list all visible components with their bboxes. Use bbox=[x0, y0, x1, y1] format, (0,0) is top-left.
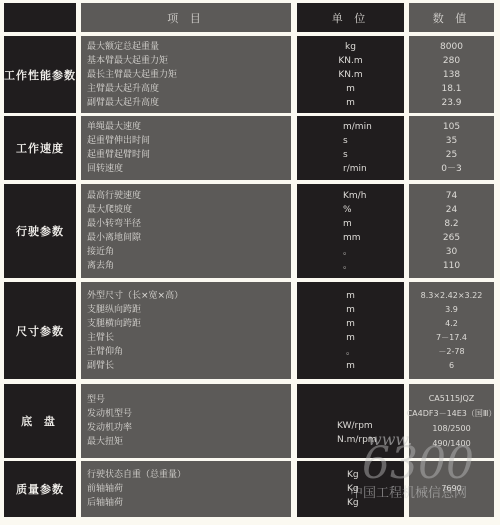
items-chassis: 型号 发动机型号 发动机功率 最大扭矩 bbox=[81, 384, 291, 458]
item-label: 最小离地间隙 bbox=[87, 231, 291, 245]
item-label: 发动机型号 bbox=[87, 407, 291, 421]
value-text: 280 bbox=[443, 54, 460, 68]
item-label: 起重臂起臂时间 bbox=[87, 148, 291, 162]
value-text: 490/1400 bbox=[432, 436, 470, 451]
item-label: 发动机功率 bbox=[87, 421, 291, 435]
value-text: 35 bbox=[446, 134, 457, 148]
item-label: 外型尺寸（长×宽×高） bbox=[87, 289, 291, 303]
values-chassis: CA5115JQZ CA4DF3－14E3（国Ⅲ） 108/2500 490/1… bbox=[409, 384, 494, 458]
items-mass: 行驶状态自重（总重量） 前轴轴荷 后轴轴荷 bbox=[81, 461, 291, 517]
value-text: 6 bbox=[449, 359, 454, 373]
category-performance: 工作性能参数 bbox=[4, 36, 76, 113]
item-label: 型号 bbox=[87, 393, 291, 407]
unit-label: m bbox=[346, 359, 355, 373]
value-text: CA5115JQZ bbox=[429, 391, 475, 406]
value-text: 138 bbox=[443, 68, 460, 82]
item-label: 后轴轴荷 bbox=[87, 496, 291, 510]
unit-label: m bbox=[346, 289, 355, 303]
value-text: 24 bbox=[446, 203, 457, 217]
value-text: －2-78 bbox=[438, 345, 464, 359]
unit-label: Kg bbox=[347, 468, 404, 482]
unit-label: m/min bbox=[343, 120, 404, 134]
unit-label: 。 bbox=[346, 345, 355, 359]
item-label: 回转速度 bbox=[87, 162, 291, 176]
value-text: CA4DF3－14E3（国Ⅲ） bbox=[407, 406, 497, 421]
units-mass: Kg Kg Kg bbox=[297, 461, 404, 517]
value-text: 4.2 bbox=[445, 317, 458, 331]
category-dimensions: 尺寸参数 bbox=[4, 282, 76, 379]
item-label: 最长主臂最大起重力矩 bbox=[87, 68, 291, 82]
header-item: 项 目 bbox=[81, 3, 291, 32]
value-text: 8000 bbox=[440, 40, 463, 54]
unit-label: m bbox=[346, 96, 355, 110]
value-text: 74 bbox=[446, 189, 457, 203]
item-label: 前轴轴荷 bbox=[87, 482, 291, 496]
unit-label: s bbox=[343, 148, 404, 162]
unit-label: Kg bbox=[347, 482, 404, 496]
item-label: 基本臂最大起重力矩 bbox=[87, 54, 291, 68]
value-text: 7－17.4 bbox=[436, 331, 467, 345]
category-chassis: 底 盘 bbox=[4, 384, 76, 458]
unit-label: 。 bbox=[343, 245, 404, 259]
unit-label: m bbox=[346, 82, 355, 96]
unit-label: KW/rpm bbox=[337, 419, 404, 433]
item-label: 最高行驶速度 bbox=[87, 189, 291, 203]
values-performance: 8000 280 138 18.1 23.9 bbox=[409, 36, 494, 113]
values-dimensions: 8.3×2.42×3.22 3.9 4.2 7－17.4 －2-78 6 bbox=[409, 282, 494, 379]
item-label: 主臂最大起升高度 bbox=[87, 82, 291, 96]
category-speed: 工作速度 bbox=[4, 116, 76, 180]
item-label: 主臂长 bbox=[87, 331, 291, 345]
unit-label: KN.m bbox=[338, 54, 362, 68]
value-text: 8.3×2.42×3.22 bbox=[421, 289, 483, 303]
unit-label: s bbox=[343, 134, 404, 148]
value-text: 30 bbox=[446, 245, 457, 259]
value-text: 110 bbox=[443, 259, 460, 273]
unit-label: r/min bbox=[343, 162, 404, 176]
units-performance: kg KN.m KN.m m m bbox=[297, 36, 404, 113]
value-text: 105 bbox=[443, 120, 460, 134]
values-travel: 74 24 8.2 265 30 110 bbox=[409, 184, 494, 278]
header-blank-cell bbox=[4, 3, 76, 32]
items-speed: 单绳最大速度 起重臂伸出时间 起重臂起臂时间 回转速度 bbox=[81, 116, 291, 180]
item-label: 副臂最大起升高度 bbox=[87, 96, 291, 110]
item-label: 起重臂伸出时间 bbox=[87, 134, 291, 148]
units-dimensions: m m m m 。 m bbox=[297, 282, 404, 379]
unit-label: m bbox=[346, 303, 355, 317]
units-speed: m/min s s r/min bbox=[297, 116, 404, 180]
unit-label: mm bbox=[343, 231, 404, 245]
item-label: 支腿纵向跨距 bbox=[87, 303, 291, 317]
values-mass: 7690 bbox=[409, 461, 494, 517]
unit-label: m bbox=[343, 217, 404, 231]
unit-label: % bbox=[343, 203, 404, 217]
units-travel: Km/h % m mm 。 。 bbox=[297, 184, 404, 278]
item-label: 最小转弯半径 bbox=[87, 217, 291, 231]
value-text: 23.9 bbox=[441, 96, 461, 110]
unit-label: KN.m bbox=[338, 68, 362, 82]
items-dimensions: 外型尺寸（长×宽×高） 支腿纵向跨距 支腿横向跨距 主臂长 主臂仰角 副臂长 bbox=[81, 282, 291, 379]
item-label: 行驶状态自重（总重量） bbox=[87, 468, 291, 482]
category-travel: 行驶参数 bbox=[4, 184, 76, 278]
unit-label: m bbox=[346, 331, 355, 345]
value-text: 7690 bbox=[441, 482, 461, 496]
item-label: 最大扭矩 bbox=[87, 435, 291, 449]
item-label: 支腿横向跨距 bbox=[87, 317, 291, 331]
category-mass: 质量参数 bbox=[4, 461, 76, 517]
item-label: 接近角 bbox=[87, 245, 291, 259]
item-label: 副臂长 bbox=[87, 359, 291, 373]
unit-label: N.m/rpm bbox=[337, 433, 404, 447]
value-text: 25 bbox=[446, 148, 457, 162]
unit-label: m bbox=[346, 317, 355, 331]
value-text: 108/2500 bbox=[432, 421, 470, 436]
units-chassis: KW/rpm N.m/rpm bbox=[297, 384, 404, 458]
value-text: 18.1 bbox=[441, 82, 461, 96]
item-label: 最大额定总起重量 bbox=[87, 40, 291, 54]
header-unit: 单 位 bbox=[297, 3, 404, 32]
value-text: 8.2 bbox=[444, 217, 458, 231]
value-text: 265 bbox=[443, 231, 460, 245]
header-value: 数 值 bbox=[409, 3, 494, 32]
items-travel: 最高行驶速度 最大爬坡度 最小转弯半径 最小离地间隙 接近角 离去角 bbox=[81, 184, 291, 278]
unit-label: Km/h bbox=[343, 189, 404, 203]
value-text: 3.9 bbox=[445, 303, 458, 317]
item-label: 主臂仰角 bbox=[87, 345, 291, 359]
unit-label: kg bbox=[345, 40, 356, 54]
item-label: 单绳最大速度 bbox=[87, 120, 291, 134]
unit-label: 。 bbox=[343, 259, 404, 273]
item-label: 最大爬坡度 bbox=[87, 203, 291, 217]
unit-label: Kg bbox=[347, 496, 404, 510]
items-performance: 最大额定总起重量 基本臂最大起重力矩 最长主臂最大起重力矩 主臂最大起升高度 副… bbox=[81, 36, 291, 113]
value-text: 0－3 bbox=[441, 162, 461, 176]
values-speed: 105 35 25 0－3 bbox=[409, 116, 494, 180]
item-label: 离去角 bbox=[87, 259, 291, 273]
